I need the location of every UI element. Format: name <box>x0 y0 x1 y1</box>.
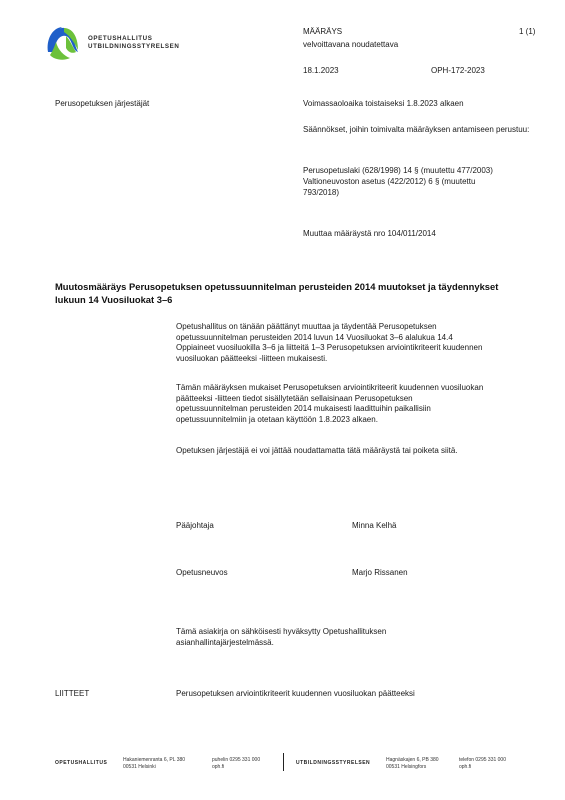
approval-note: Tämä asiakirja on sähköisesti hyväksytty… <box>176 627 436 648</box>
attachment-item[interactable]: Perusopetuksen arviointikriteerit kuuden… <box>176 689 415 700</box>
org-name: OPETUSHALLITUS UTBILDNINGSSTYRELSEN <box>88 35 179 51</box>
footer-phone-fi: puhelin 0295 331 000 <box>212 757 260 764</box>
signature-role-2: Opetusneuvos <box>176 568 228 579</box>
footer-web-sv[interactable]: oph.fi <box>459 764 506 771</box>
footer-contact-sv: telefon 0295 331 000 oph.fi <box>459 757 506 771</box>
footer-address-sv: Hagnäskajen 6, PB 380 00531 Helsingfors <box>386 757 439 771</box>
document-type: MÄÄRÄYS <box>303 27 342 38</box>
authority-label: Säännökset, joihin toimivalta määräyksen… <box>303 125 548 136</box>
footer-phone-sv: telefon 0295 331 000 <box>459 757 506 764</box>
document-reference: OPH-172-2023 <box>431 66 485 77</box>
page-title: Muutosmääräys Perusopetuksen opetussuunn… <box>55 280 525 306</box>
footer-divider <box>283 753 284 771</box>
footer-address-fi-2: 00531 Helsinki <box>123 764 185 771</box>
signature-name-2: Marjo Rissanen <box>352 568 408 579</box>
footer-address-fi-1: Hakaniemenranta 6, PL 380 <box>123 757 185 764</box>
body-paragraph-3: Opetuksen järjestäjä ei voi jättää nouda… <box>176 446 506 457</box>
body-paragraph-2: Tämän määräyksen mukaiset Perusopetuksen… <box>176 383 486 425</box>
org-name-sv: UTBILDNINGSSTYRELSEN <box>88 43 179 51</box>
statute-2: Valtioneuvoston asetus (422/2012) 6 § (m… <box>303 177 503 198</box>
org-name-fi: OPETUSHALLITUS <box>88 35 179 43</box>
footer-address-sv-2: 00531 Helsingfors <box>386 764 439 771</box>
footer-address-fi: Hakaniemenranta 6, PL 380 00531 Helsinki <box>123 757 185 771</box>
validity: Voimassaoloaika toistaiseksi 1.8.2023 al… <box>303 99 553 110</box>
opetushallitus-logo-icon <box>42 22 82 62</box>
attachments-label: LIITTEET <box>55 689 89 700</box>
document-subtitle: velvoittavana noudatettava <box>303 40 398 51</box>
signature-role-1: Pääjohtaja <box>176 521 214 532</box>
footer-web-fi[interactable]: oph.fi <box>212 764 260 771</box>
footer-org-fi: OPETUSHALLITUS <box>55 758 107 769</box>
body-paragraph-1: Opetushallitus on tänään päättänyt muutt… <box>176 322 486 364</box>
recipient: Perusopetuksen järjestäjät <box>55 99 149 110</box>
footer-contact-fi: puhelin 0295 331 000 oph.fi <box>212 757 260 771</box>
statute-1: Perusopetuslaki (628/1998) 14 § (muutett… <box>303 166 543 177</box>
document-date: 18.1.2023 <box>303 66 339 77</box>
page-number: 1 (1) <box>519 27 535 38</box>
footer-org-sv: UTBILDNINGSSTYRELSEN <box>296 758 370 769</box>
amends: Muuttaa määräystä nro 104/011/2014 <box>303 229 553 240</box>
signature-name-1: Minna Kelhä <box>352 521 396 532</box>
footer-address-sv-1: Hagnäskajen 6, PB 380 <box>386 757 439 764</box>
